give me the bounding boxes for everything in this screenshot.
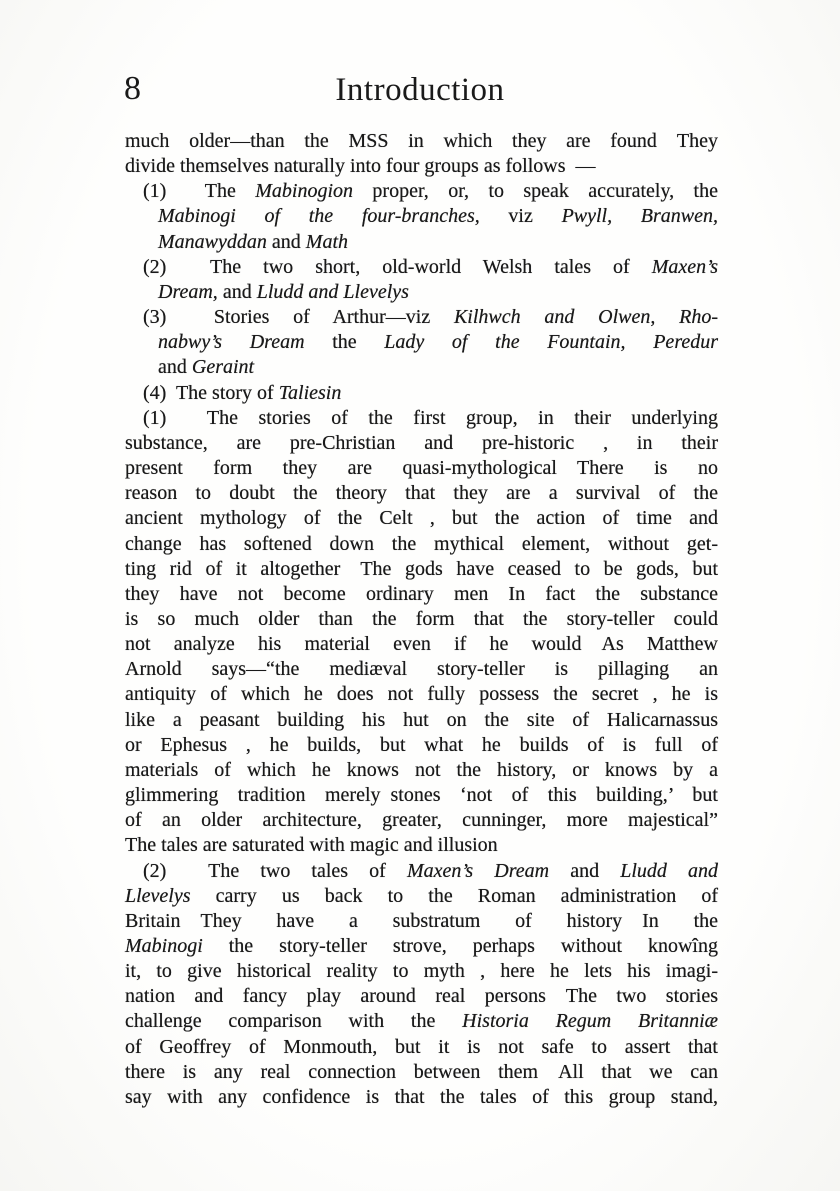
- text-line: Mabinogi the story-teller strove, perhap…: [125, 934, 718, 959]
- text-run: (1) The stories of the first group, in t…: [143, 407, 718, 429]
- italic-text-run: Llevelys: [125, 885, 191, 907]
- text-run: nation and fancy play around real person…: [125, 985, 718, 1007]
- text-line: Arnold says—“the mediæval story-teller i…: [125, 657, 718, 682]
- text-line: glimmering tradition merely stones ‘not …: [125, 783, 718, 808]
- text-line: of Geoffrey of Monmouth, but it is not s…: [125, 1035, 718, 1060]
- italic-text-run: Geraint: [192, 356, 254, 378]
- text-run: The tales are saturated with magic and i…: [125, 834, 498, 856]
- text-run: (1) The: [143, 180, 255, 202]
- text-line: is so much older than the form that the …: [125, 607, 718, 632]
- running-title: Introduction: [0, 71, 840, 109]
- italic-text-run: Math: [306, 231, 348, 253]
- italic-text-run: Lludd and Llevelys: [257, 281, 409, 303]
- italic-text-run: Dream,: [158, 281, 218, 303]
- text-run: antiquity of which he does not fully pos…: [125, 683, 718, 705]
- text-line: Britain They have a substratum of histor…: [125, 909, 718, 934]
- text-line: substance, are pre-Christian and pre-his…: [125, 431, 718, 456]
- text-run: and: [549, 860, 620, 882]
- italic-text-run: Peredur: [653, 331, 718, 353]
- text-line: nation and fancy play around real person…: [125, 984, 718, 1009]
- text-run: is so much older than the form that the …: [125, 608, 718, 630]
- text-run: divide themselves naturally into four gr…: [125, 155, 595, 177]
- text-run: [626, 331, 654, 353]
- text-run: and: [218, 281, 257, 303]
- italic-text-run: Maxen’s Dream: [407, 860, 549, 882]
- text-line: there is any real connection between the…: [125, 1060, 718, 1085]
- text-line: Dream, and Lludd and Llevelys: [125, 280, 718, 305]
- text-line: challenge comparison with the Historia R…: [125, 1009, 718, 1034]
- text-run: or Ephesus , he builds, but what he buil…: [125, 734, 718, 756]
- text-line: and Geraint: [125, 355, 718, 380]
- text-run: glimmering tradition merely stones ‘not …: [125, 784, 718, 806]
- text-run: like a peasant building his hut on the s…: [125, 709, 718, 731]
- text-line: (4) The story of Taliesin: [125, 381, 718, 406]
- text-run: change has softened down the mythical el…: [125, 533, 718, 555]
- text-line: Llevelys carry us back to the Roman admi…: [125, 884, 718, 909]
- text-run: they have not become ordinary men In fac…: [125, 583, 718, 605]
- text-line: they have not become ordinary men In fac…: [125, 582, 718, 607]
- text-run: the: [305, 331, 385, 353]
- text-run: challenge comparison with the: [125, 1010, 462, 1032]
- text-block: much older—than the MSS in which they ar…: [125, 129, 718, 1110]
- text-run: reason to doubt the theory that they are…: [125, 482, 718, 504]
- text-line: The tales are saturated with magic and i…: [125, 833, 718, 858]
- text-line: like a peasant building his hut on the s…: [125, 708, 718, 733]
- text-run: present form they are quasi-mythological…: [125, 457, 718, 479]
- italic-text-run: Branwen,: [641, 205, 718, 227]
- text-line: Manawyddan and Math: [125, 230, 718, 255]
- italic-text-run: Mabinogi: [125, 935, 203, 957]
- text-run: and: [267, 231, 306, 253]
- text-run: carry us back to the Roman administratio…: [191, 885, 718, 907]
- text-line: reason to doubt the theory that they are…: [125, 481, 718, 506]
- text-run: (2) The two short, old-world Welsh tales…: [143, 256, 652, 278]
- text-line: divide themselves naturally into four gr…: [125, 154, 718, 179]
- text-run: say with any confidence is that the tale…: [125, 1086, 718, 1108]
- text-run: [655, 306, 679, 328]
- text-line: of an older architecture, greater, cunni…: [125, 808, 718, 833]
- text-line: ancient mythology of the Celt , but the …: [125, 506, 718, 531]
- text-run: viz: [480, 205, 562, 227]
- italic-text-run: Lady of the Fountain,: [384, 331, 625, 353]
- text-run: materials of which he knows not the hist…: [125, 759, 718, 781]
- book-page: 8 Introduction much older—than the MSS i…: [0, 0, 840, 1191]
- text-run: [612, 205, 641, 227]
- text-line: Mabinogi of the four-branches, viz Pwyll…: [125, 204, 718, 229]
- text-run: there is any real connection between the…: [125, 1061, 718, 1083]
- text-line: say with any confidence is that the tale…: [125, 1085, 718, 1110]
- text-line: (3) Stories of Arthur—viz Kilhwch and Ol…: [125, 305, 718, 330]
- text-line: change has softened down the mythical el…: [125, 532, 718, 557]
- text-run: (3) Stories of Arthur—viz: [143, 306, 454, 328]
- italic-text-run: Rho-: [679, 306, 718, 328]
- text-run: ting rid of it altogether The gods have …: [125, 558, 718, 580]
- text-line: (2) The two short, old-world Welsh tales…: [125, 255, 718, 280]
- text-line: nabwy’s Dream the Lady of the Fountain, …: [125, 330, 718, 355]
- text-line: not analyze his material even if he woul…: [125, 632, 718, 657]
- text-line: it, to give historical reality to myth ,…: [125, 959, 718, 984]
- italic-text-run: Mabinogi of the four-branches,: [158, 205, 480, 227]
- text-line: or Ephesus , he builds, but what he buil…: [125, 733, 718, 758]
- italic-text-run: Taliesin: [279, 382, 342, 404]
- text-line: (2) The two tales of Maxen’s Dream and L…: [125, 859, 718, 884]
- text-run: and: [158, 356, 192, 378]
- text-run: proper, or, to speak accurately, the: [353, 180, 718, 202]
- text-line: materials of which he knows not the hist…: [125, 758, 718, 783]
- text-run: (4) The story of: [143, 382, 279, 404]
- italic-text-run: Pwyll,: [562, 205, 613, 227]
- text-line: present form they are quasi-mythological…: [125, 456, 718, 481]
- text-line: (1) The Mabinogion proper, or, to speak …: [125, 179, 718, 204]
- text-run: substance, are pre-Christian and pre-his…: [125, 432, 718, 454]
- text-run: it, to give historical reality to myth ,…: [125, 960, 718, 982]
- text-run: Arnold says—“the mediæval story-teller i…: [125, 658, 718, 680]
- italic-text-run: Historia Regum Britanniæ: [462, 1010, 718, 1032]
- italic-text-run: Maxen’s: [652, 256, 718, 278]
- italic-text-run: Mabinogion: [255, 180, 353, 202]
- text-run: not analyze his material even if he woul…: [125, 633, 718, 655]
- text-run: of Geoffrey of Monmouth, but it is not s…: [125, 1036, 718, 1058]
- italic-text-run: Lludd and: [620, 860, 718, 882]
- text-run: of an older architecture, greater, cunni…: [125, 809, 718, 831]
- text-run: Britain They have a substratum of histor…: [125, 910, 718, 932]
- text-line: ting rid of it altogether The gods have …: [125, 557, 718, 582]
- text-run: ancient mythology of the Celt , but the …: [125, 507, 718, 529]
- italic-text-run: nabwy’s Dream: [158, 331, 305, 353]
- text-run: (2) The two tales of: [143, 860, 407, 882]
- italic-text-run: Kilhwch and Olwen,: [454, 306, 655, 328]
- text-line: much older—than the MSS in which they ar…: [125, 129, 718, 154]
- text-line: antiquity of which he does not fully pos…: [125, 682, 718, 707]
- text-line: (1) The stories of the first group, in t…: [125, 406, 718, 431]
- text-run: the story-teller strove, perhaps without…: [203, 935, 718, 957]
- italic-text-run: Manawyddan: [158, 231, 267, 253]
- text-run: much older—than the MSS in which they ar…: [125, 130, 718, 152]
